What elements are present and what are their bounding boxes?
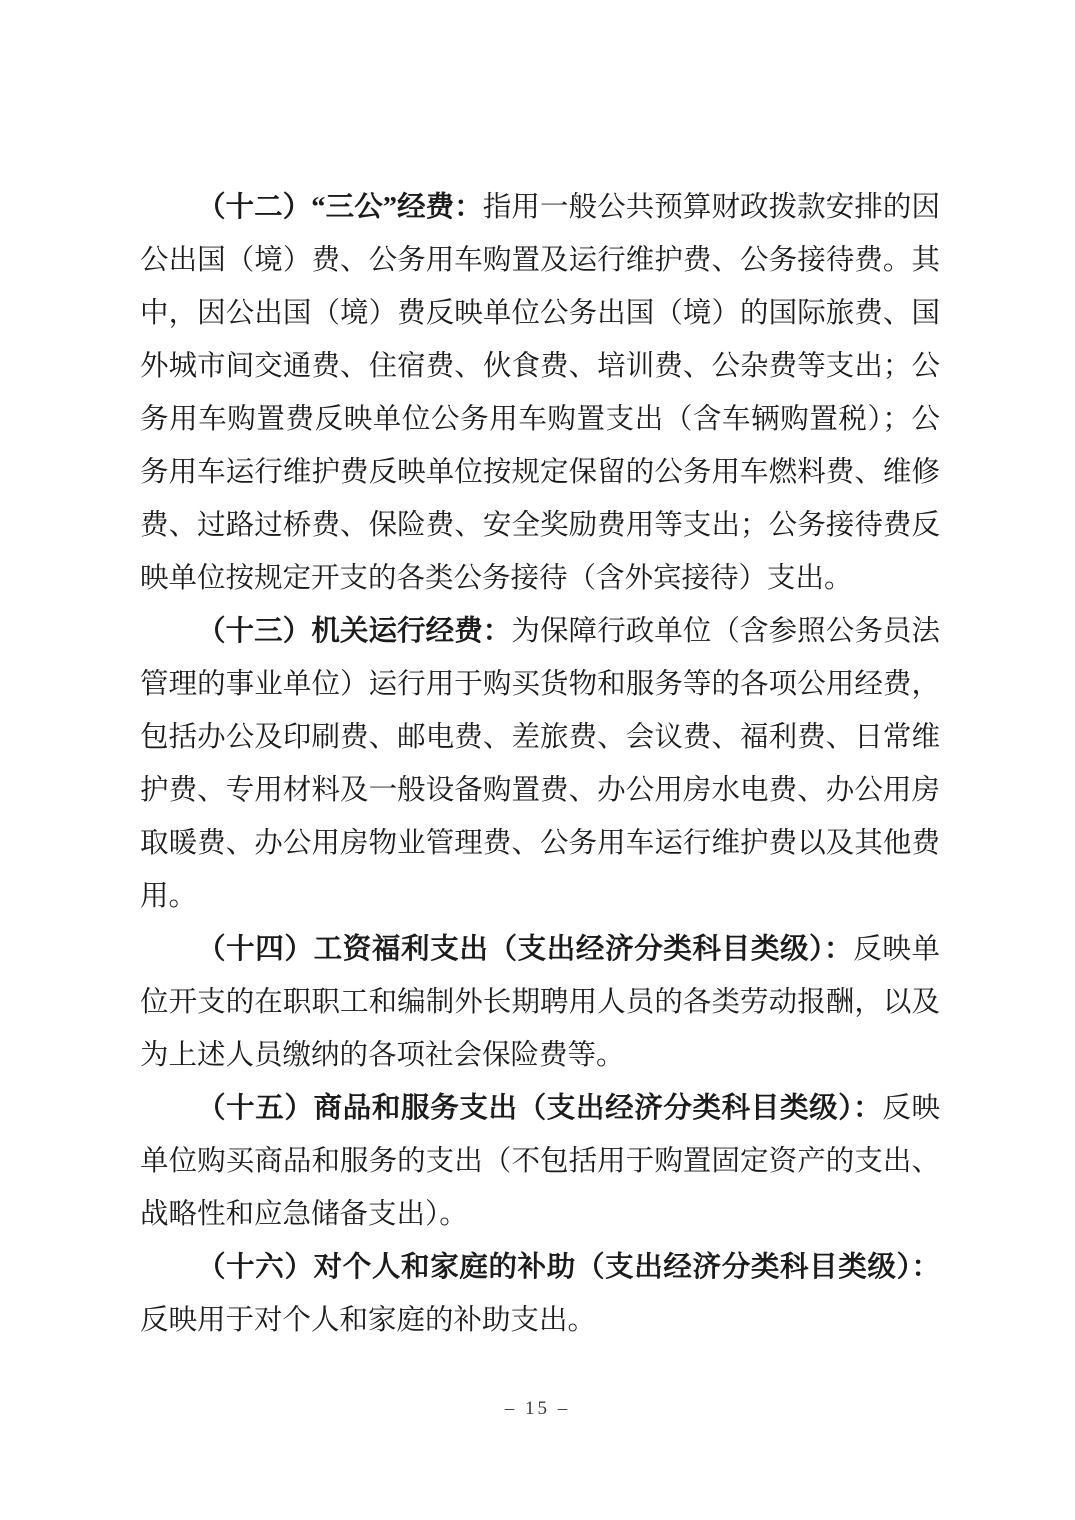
paragraph-16: （十六）对个人和家庭的补助（支出经济分类科目类级）：反映用于对个人和家庭的补助支… bbox=[140, 1241, 940, 1347]
paragraph-16-heading: （十六）对个人和家庭的补助（支出经济分类科目类级）： bbox=[197, 1252, 940, 1283]
paragraph-12-text: 指用一般公共预算财政拨款安排的因公出国（境）费、公务用车购置及运行维护费、公务接… bbox=[140, 192, 940, 594]
paragraph-12: （十二）“三公”经费：指用一般公共预算财政拨款安排的因公出国（境）费、公务用车购… bbox=[140, 181, 940, 605]
paragraph-16-text: 反映用于对个人和家庭的补助支出。 bbox=[140, 1305, 596, 1336]
paragraph-14-heading: （十四）工资福利支出（支出经济分类科目类级）： bbox=[197, 934, 853, 965]
paragraph-13-heading: （十三）机关运行经费： bbox=[197, 616, 511, 647]
page-number: – 15 – bbox=[505, 1398, 571, 1419]
paragraph-15: （十五）商品和服务支出（支出经济分类科目类级）：反映单位购买商品和服务的支出（不… bbox=[140, 1082, 940, 1241]
document-page: （十二）“三公”经费：指用一般公共预算财政拨款安排的因公出国（境）费、公务用车购… bbox=[0, 0, 1075, 1520]
paragraph-12-heading: （十二）“三公”经费： bbox=[197, 192, 483, 223]
page-footer: – 15 – bbox=[0, 1398, 1075, 1420]
paragraph-15-heading: （十五）商品和服务支出（支出经济分类科目类级）： bbox=[197, 1093, 882, 1124]
paragraph-13-text: 为保障行政单位（含参照公务员法管理的事业单位）运行用于购买货物和服务等的各项公用… bbox=[140, 616, 940, 912]
document-body: （十二）“三公”经费：指用一般公共预算财政拨款安排的因公出国（境）费、公务用车购… bbox=[140, 181, 940, 1347]
paragraph-13: （十三）机关运行经费：为保障行政单位（含参照公务员法管理的事业单位）运行用于购买… bbox=[140, 605, 940, 923]
paragraph-14: （十四）工资福利支出（支出经济分类科目类级）：反映单位开支的在职职工和编制外长期… bbox=[140, 923, 940, 1082]
